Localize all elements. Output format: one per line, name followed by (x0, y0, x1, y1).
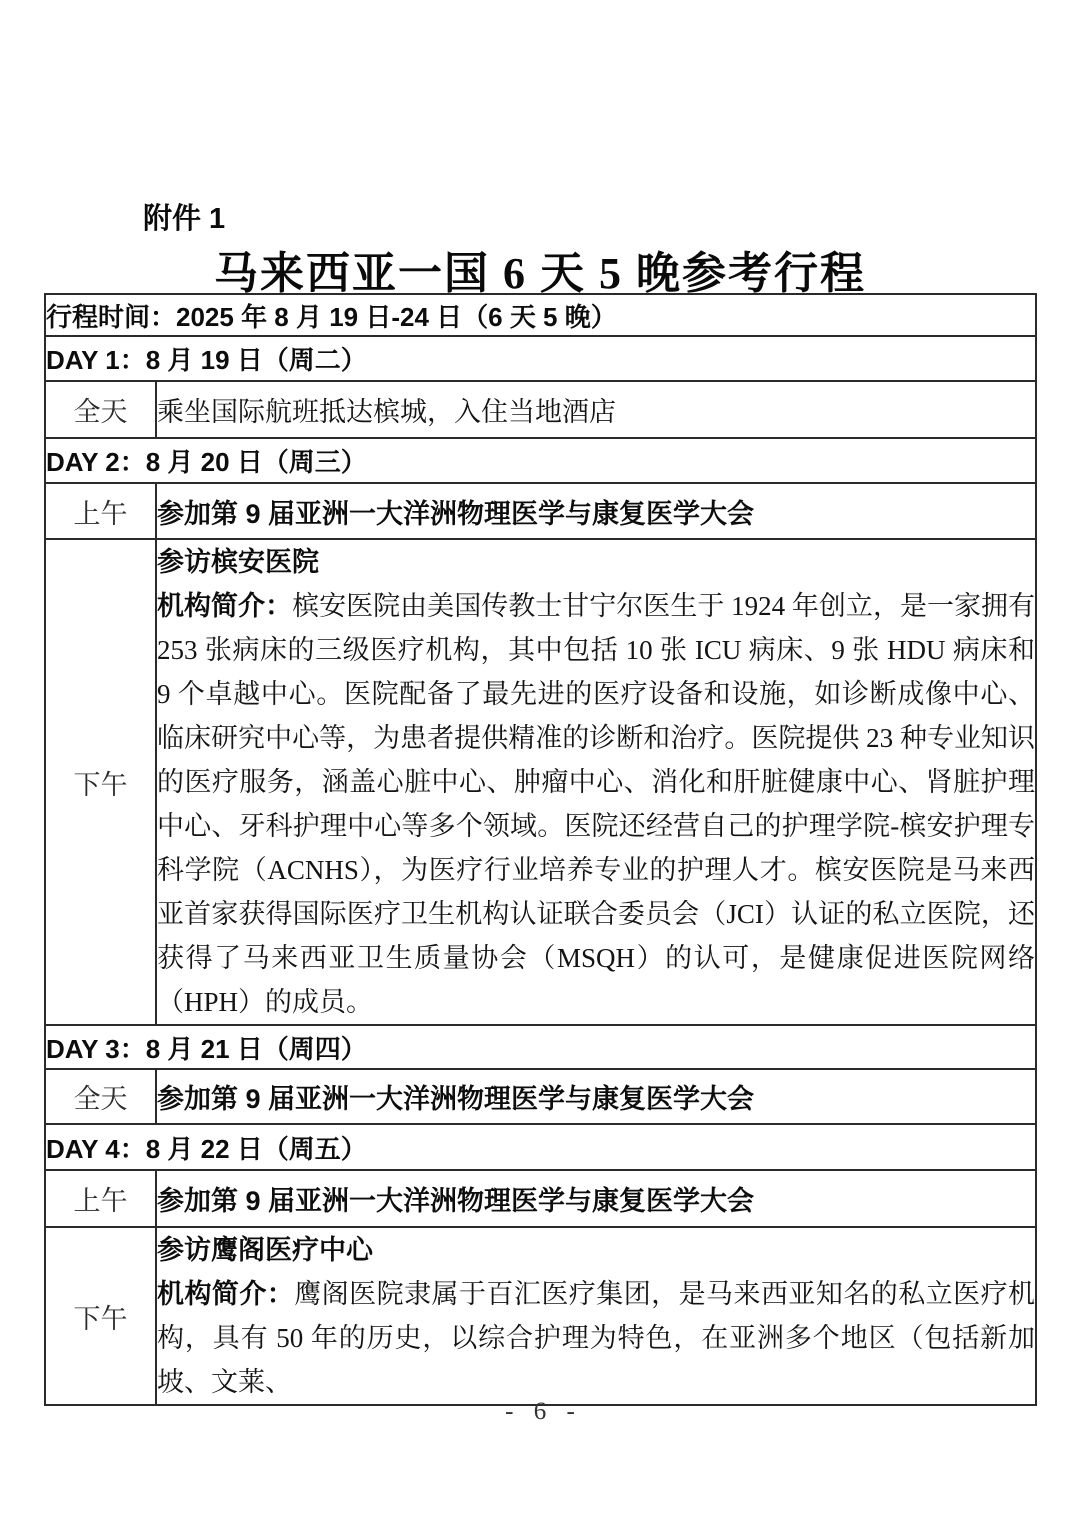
visit-description: 机构简介：槟安医院由美国传教士甘宁尔医生于 1924 年创立，是一家拥有 253… (157, 584, 1035, 1024)
intro-label: 机构简介： (157, 1279, 294, 1309)
table-row: DAY 4：8 月 22 日（周五） (45, 1124, 1036, 1170)
page-title: 马来西亚一国 6 天 5 晚参考行程 (0, 237, 1080, 301)
trip-time-cell: 行程时间：2025 年 8 月 19 日-24 日（6 天 5 晚） (45, 294, 1036, 336)
time-label-cell: 全天 (45, 381, 156, 438)
table-row: 行程时间：2025 年 8 月 19 日-24 日（6 天 5 晚） (45, 294, 1036, 336)
day-1-header-cell: DAY 1：8 月 19 日（周二） (45, 336, 1036, 381)
intro-label: 机构简介： (157, 591, 292, 621)
day-2-header-cell: DAY 2：8 月 20 日（周三） (45, 438, 1036, 483)
table-row: 上午 参加第 9 届亚洲一大洋洲物理医学与康复医学大会 (45, 483, 1036, 539)
visit-heading: 参访槟安医院 (157, 540, 1035, 584)
visit-description: 机构简介：鹰阁医院隶属于百汇医疗集团，是马来西亚知名的私立医疗机构，具有 50 … (157, 1272, 1035, 1404)
table-row: 全天 参加第 9 届亚洲一大洋洲物理医学与康复医学大会 (45, 1069, 1036, 1124)
time-label-cell: 全天 (45, 1069, 156, 1124)
time-label-cell: 下午 (45, 1227, 156, 1405)
visit-heading: 参访鹰阁医疗中心 (157, 1228, 1035, 1272)
visit-penang-adventist-cell: 参访槟安医院 机构简介：槟安医院由美国传教士甘宁尔医生于 1924 年创立，是一… (156, 539, 1036, 1025)
table-row: 上午 参加第 9 届亚洲一大洋洲物理医学与康复医学大会 (45, 1170, 1036, 1227)
time-label-cell: 上午 (45, 483, 156, 539)
activity-cell: 参加第 9 届亚洲一大洋洲物理医学与康复医学大会 (156, 483, 1036, 539)
time-label-cell: 上午 (45, 1170, 156, 1227)
visit-gleneagles-cell: 参访鹰阁医疗中心 机构简介：鹰阁医院隶属于百汇医疗集团，是马来西亚知名的私立医疗… (156, 1227, 1036, 1405)
table-row: 下午 参访槟安医院 机构简介：槟安医院由美国传教士甘宁尔医生于 1924 年创立… (45, 539, 1036, 1025)
activity-cell: 参加第 9 届亚洲一大洋洲物理医学与康复医学大会 (156, 1170, 1036, 1227)
table-row: DAY 2：8 月 20 日（周三） (45, 438, 1036, 483)
activity-cell: 乘坐国际航班抵达槟城，入住当地酒店 (156, 381, 1036, 438)
table-row: DAY 3：8 月 21 日（周四） (45, 1025, 1036, 1069)
time-label-cell: 下午 (45, 539, 156, 1025)
activity-cell: 参加第 9 届亚洲一大洋洲物理医学与康复医学大会 (156, 1069, 1036, 1124)
table-row: 下午 参访鹰阁医疗中心 机构简介：鹰阁医院隶属于百汇医疗集团，是马来西亚知名的私… (45, 1227, 1036, 1405)
intro-body: 槟安医院由美国传教士甘宁尔医生于 1924 年创立，是一家拥有 253 张病床的… (157, 591, 1035, 1017)
itinerary-table: 行程时间：2025 年 8 月 19 日-24 日（6 天 5 晚） DAY 1… (44, 293, 1037, 1406)
attachment-label: 附件 1 (143, 196, 225, 237)
page-number: - 6 - (0, 1398, 1080, 1426)
day-3-header-cell: DAY 3：8 月 21 日（周四） (45, 1025, 1036, 1069)
day-4-header-cell: DAY 4：8 月 22 日（周五） (45, 1124, 1036, 1170)
table-row: 全天 乘坐国际航班抵达槟城，入住当地酒店 (45, 381, 1036, 438)
table-row: DAY 1：8 月 19 日（周二） (45, 336, 1036, 381)
